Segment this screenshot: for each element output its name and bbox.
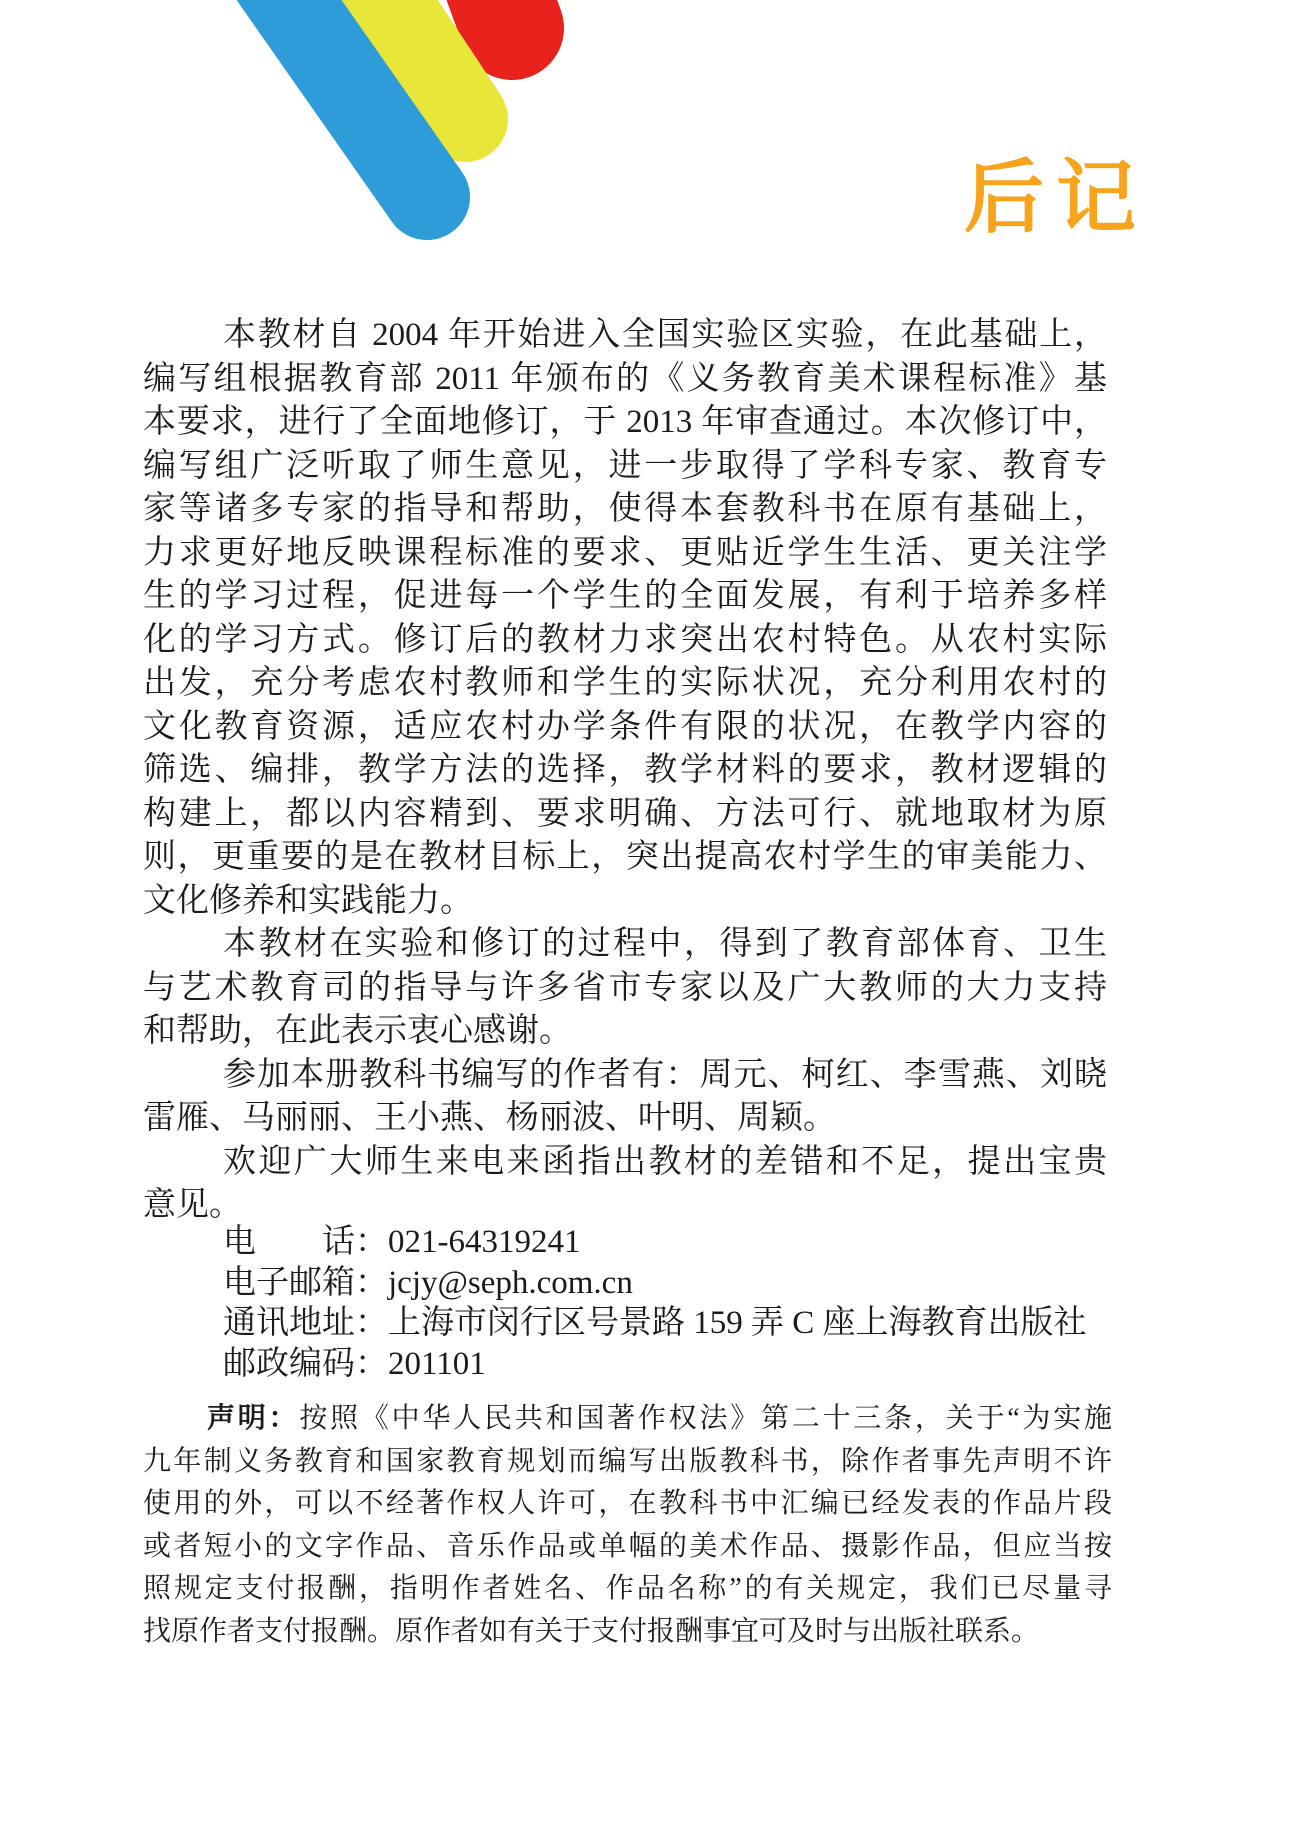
page-title: 后记: [964, 158, 1148, 238]
body-text-line: 构建上，都以内容精到、要求明确、方法可行、就地取材为原: [143, 793, 1107, 837]
contact-line: 电子邮箱：jcjy@seph.com.cn: [143, 1263, 1203, 1304]
copyright-declaration: 声明：按照《中华人民共和国著作权法》第二十三条，关于“为实施 九年制义务教育和国…: [143, 1398, 1112, 1653]
contact-line: 邮政编码：201101: [143, 1344, 1203, 1385]
body-text-line: 本教材在实验和修订的过程中，得到了教育部体育、卫生: [143, 923, 1107, 967]
body-text-line: 欢迎广大师生来电来函指出教材的差错和不足，提出宝贵: [143, 1141, 1107, 1185]
declaration-line-text: 按照《中华人民共和国著作权法》第二十三条，关于“为实施: [299, 1403, 1112, 1434]
body-text-line: 本要求，进行了全面地修订，于 2013 年审查通过。本次修订中，: [143, 401, 1107, 445]
body-text-line: 意见。: [143, 1184, 1107, 1228]
red-brush-stroke: [480, 0, 512, 28]
body-text-line: 生的学习过程，促进每一个学生的全面发展，有利于培养多样: [143, 575, 1107, 619]
declaration-line: 九年制义务教育和国家教育规划而编写出版教科书，除作者事先声明不许: [143, 1441, 1112, 1484]
body-text-line: 参加本册教科书编写的作者有：周元、柯红、李雪燕、刘晓益、: [143, 1054, 1107, 1098]
body-text-line: 编写组广泛听取了师生意见，进一步取得了学科专家、教育专: [143, 445, 1107, 489]
body-text-line: 和帮助，在此表示衷心感谢。: [143, 1010, 1107, 1054]
body-text-line: 与艺术教育司的指导与许多省市专家以及广大教师的大力支持: [143, 967, 1107, 1011]
body-text-line: 编写组根据教育部 2011 年颁布的《义务教育美术课程标准》基: [143, 358, 1107, 402]
contact-line: 通讯地址：上海市闵行区号景路 159 弄 C 座上海教育出版社: [143, 1303, 1203, 1344]
body-text-line: 化的学习方式。修订后的教材力求突出农村特色。从农村实际: [143, 619, 1107, 663]
body-text-line: 筛选、编排，教学方法的选择，教学材料的要求，教材逻辑的: [143, 749, 1107, 793]
body-text-line: 力求更好地反映课程标准的要求、更贴近学生生活、更关注学: [143, 532, 1107, 576]
contact-line: 电 话：021-64319241: [143, 1222, 1203, 1263]
body-text-line: 文化教育资源，适应农村办学条件有限的状况，在教学内容的: [143, 706, 1107, 750]
body-text-line: 文化修养和实践能力。: [143, 880, 1107, 924]
body-text-line: 则，更重要的是在教材目标上，突出提高农村学生的审美能力、: [143, 836, 1107, 880]
afterword-page: 后记 本教材自 2004 年开始进入全国实验区实验，在此基础上，编写组根据教育部…: [0, 0, 1303, 1842]
contact-info: 电 话：021-64319241电子邮箱：jcjy@seph.com.cn通讯地…: [143, 1222, 1203, 1384]
brush-strokes-logo: [0, 0, 660, 260]
body-text-line: 家等诸多专家的指导和帮助，使得本套教科书在原有基础上，: [143, 488, 1107, 532]
declaration-line: 或者短小的文字作品、音乐作品或单幅的美术作品、摄影作品，但应当按: [143, 1526, 1112, 1569]
declaration-line: 声明：按照《中华人民共和国著作权法》第二十三条，关于“为实施: [143, 1398, 1112, 1441]
declaration-label: 声明：: [207, 1403, 299, 1434]
body-text-line: 本教材自 2004 年开始进入全国实验区实验，在此基础上，: [143, 314, 1107, 358]
body-text-line: 雷雁、马丽丽、王小燕、杨丽波、叶明、周颖。: [143, 1097, 1107, 1141]
body-text-line: 出发，充分考虑农村教师和学生的实际状况，充分利用农村的: [143, 662, 1107, 706]
declaration-line: 找原作者支付报酬。原作者如有关于支付报酬事宜可及时与出版社联系。: [143, 1611, 1112, 1654]
declaration-line: 照规定支付报酬，指明作者姓名、作品名称”的有关规定，我们已尽量寻: [143, 1568, 1112, 1611]
declaration-line: 使用的外，可以不经著作权人许可，在教科书中汇编已经发表的作品片段: [143, 1483, 1112, 1526]
body-paragraphs: 本教材自 2004 年开始进入全国实验区实验，在此基础上，编写组根据教育部 20…: [143, 314, 1107, 1228]
